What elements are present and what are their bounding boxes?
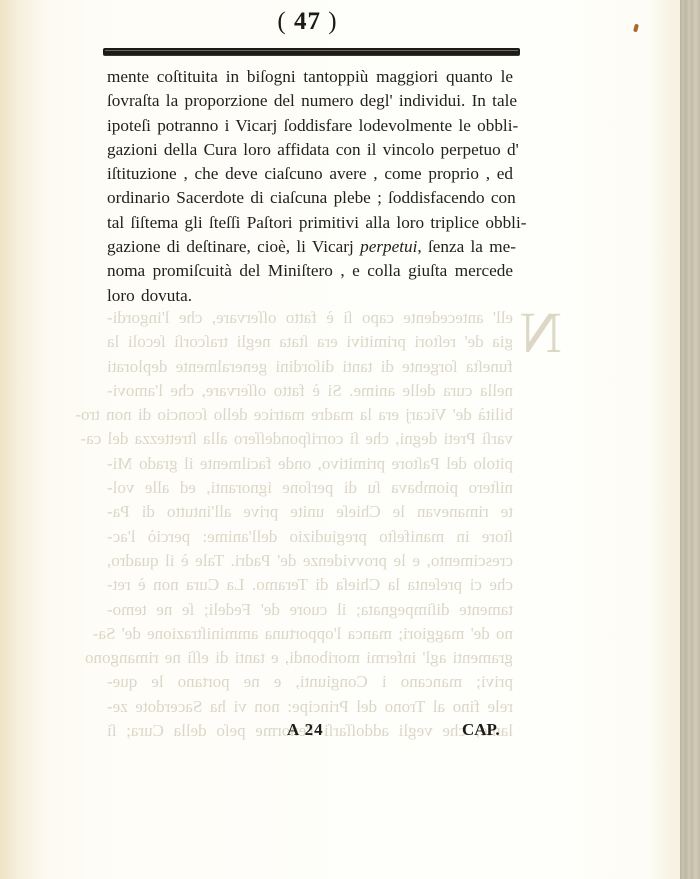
text-line: gazione di deſtinare, cioè, li Vicarj pe… [107,235,513,259]
text-line: ipoteſi potranno i Vicarj ſoddisfare lod… [107,114,513,138]
text-line: loro dovuta. [107,284,513,308]
italic-word: perpetui [360,237,417,256]
header-rule [103,48,520,55]
book-page: ( 47 ) N ell' antecedente capo ſi è fatt… [0,0,700,879]
text-line: ordinario Sacerdote di ciaſcuna plebe ; … [107,186,513,210]
text-line: ſovraſta la proporzione del numero degl'… [107,89,513,113]
text-line: iſtituzione , che deve ciaſcuno avere , … [107,162,513,186]
page-number-value: 47 [294,8,321,35]
catchword: CAP. [462,720,500,740]
text-line: noma promiſcuità del Miniſtero , e colla… [107,259,513,283]
bleed-through-text: ell' antecedente capo ſi è fatto oſſerva… [107,306,513,743]
text-line: gazioni della Cura loro affidata con il … [107,138,513,162]
text-line: tal ſiſtema gli ſteſſi Paſtori primitivi… [107,211,513,235]
page-number: ( 47 ) [0,8,615,36]
text-line: mente coſtituita in biſogni tantoppiù ma… [107,65,513,89]
body-text: mente coſtituita in biſogni tantoppiù ma… [107,65,513,308]
bleed-through-initial: N [520,304,562,362]
signature-mark: A 24 [287,720,324,740]
foxing-spot [633,24,639,33]
page-stack-edge [680,0,700,879]
